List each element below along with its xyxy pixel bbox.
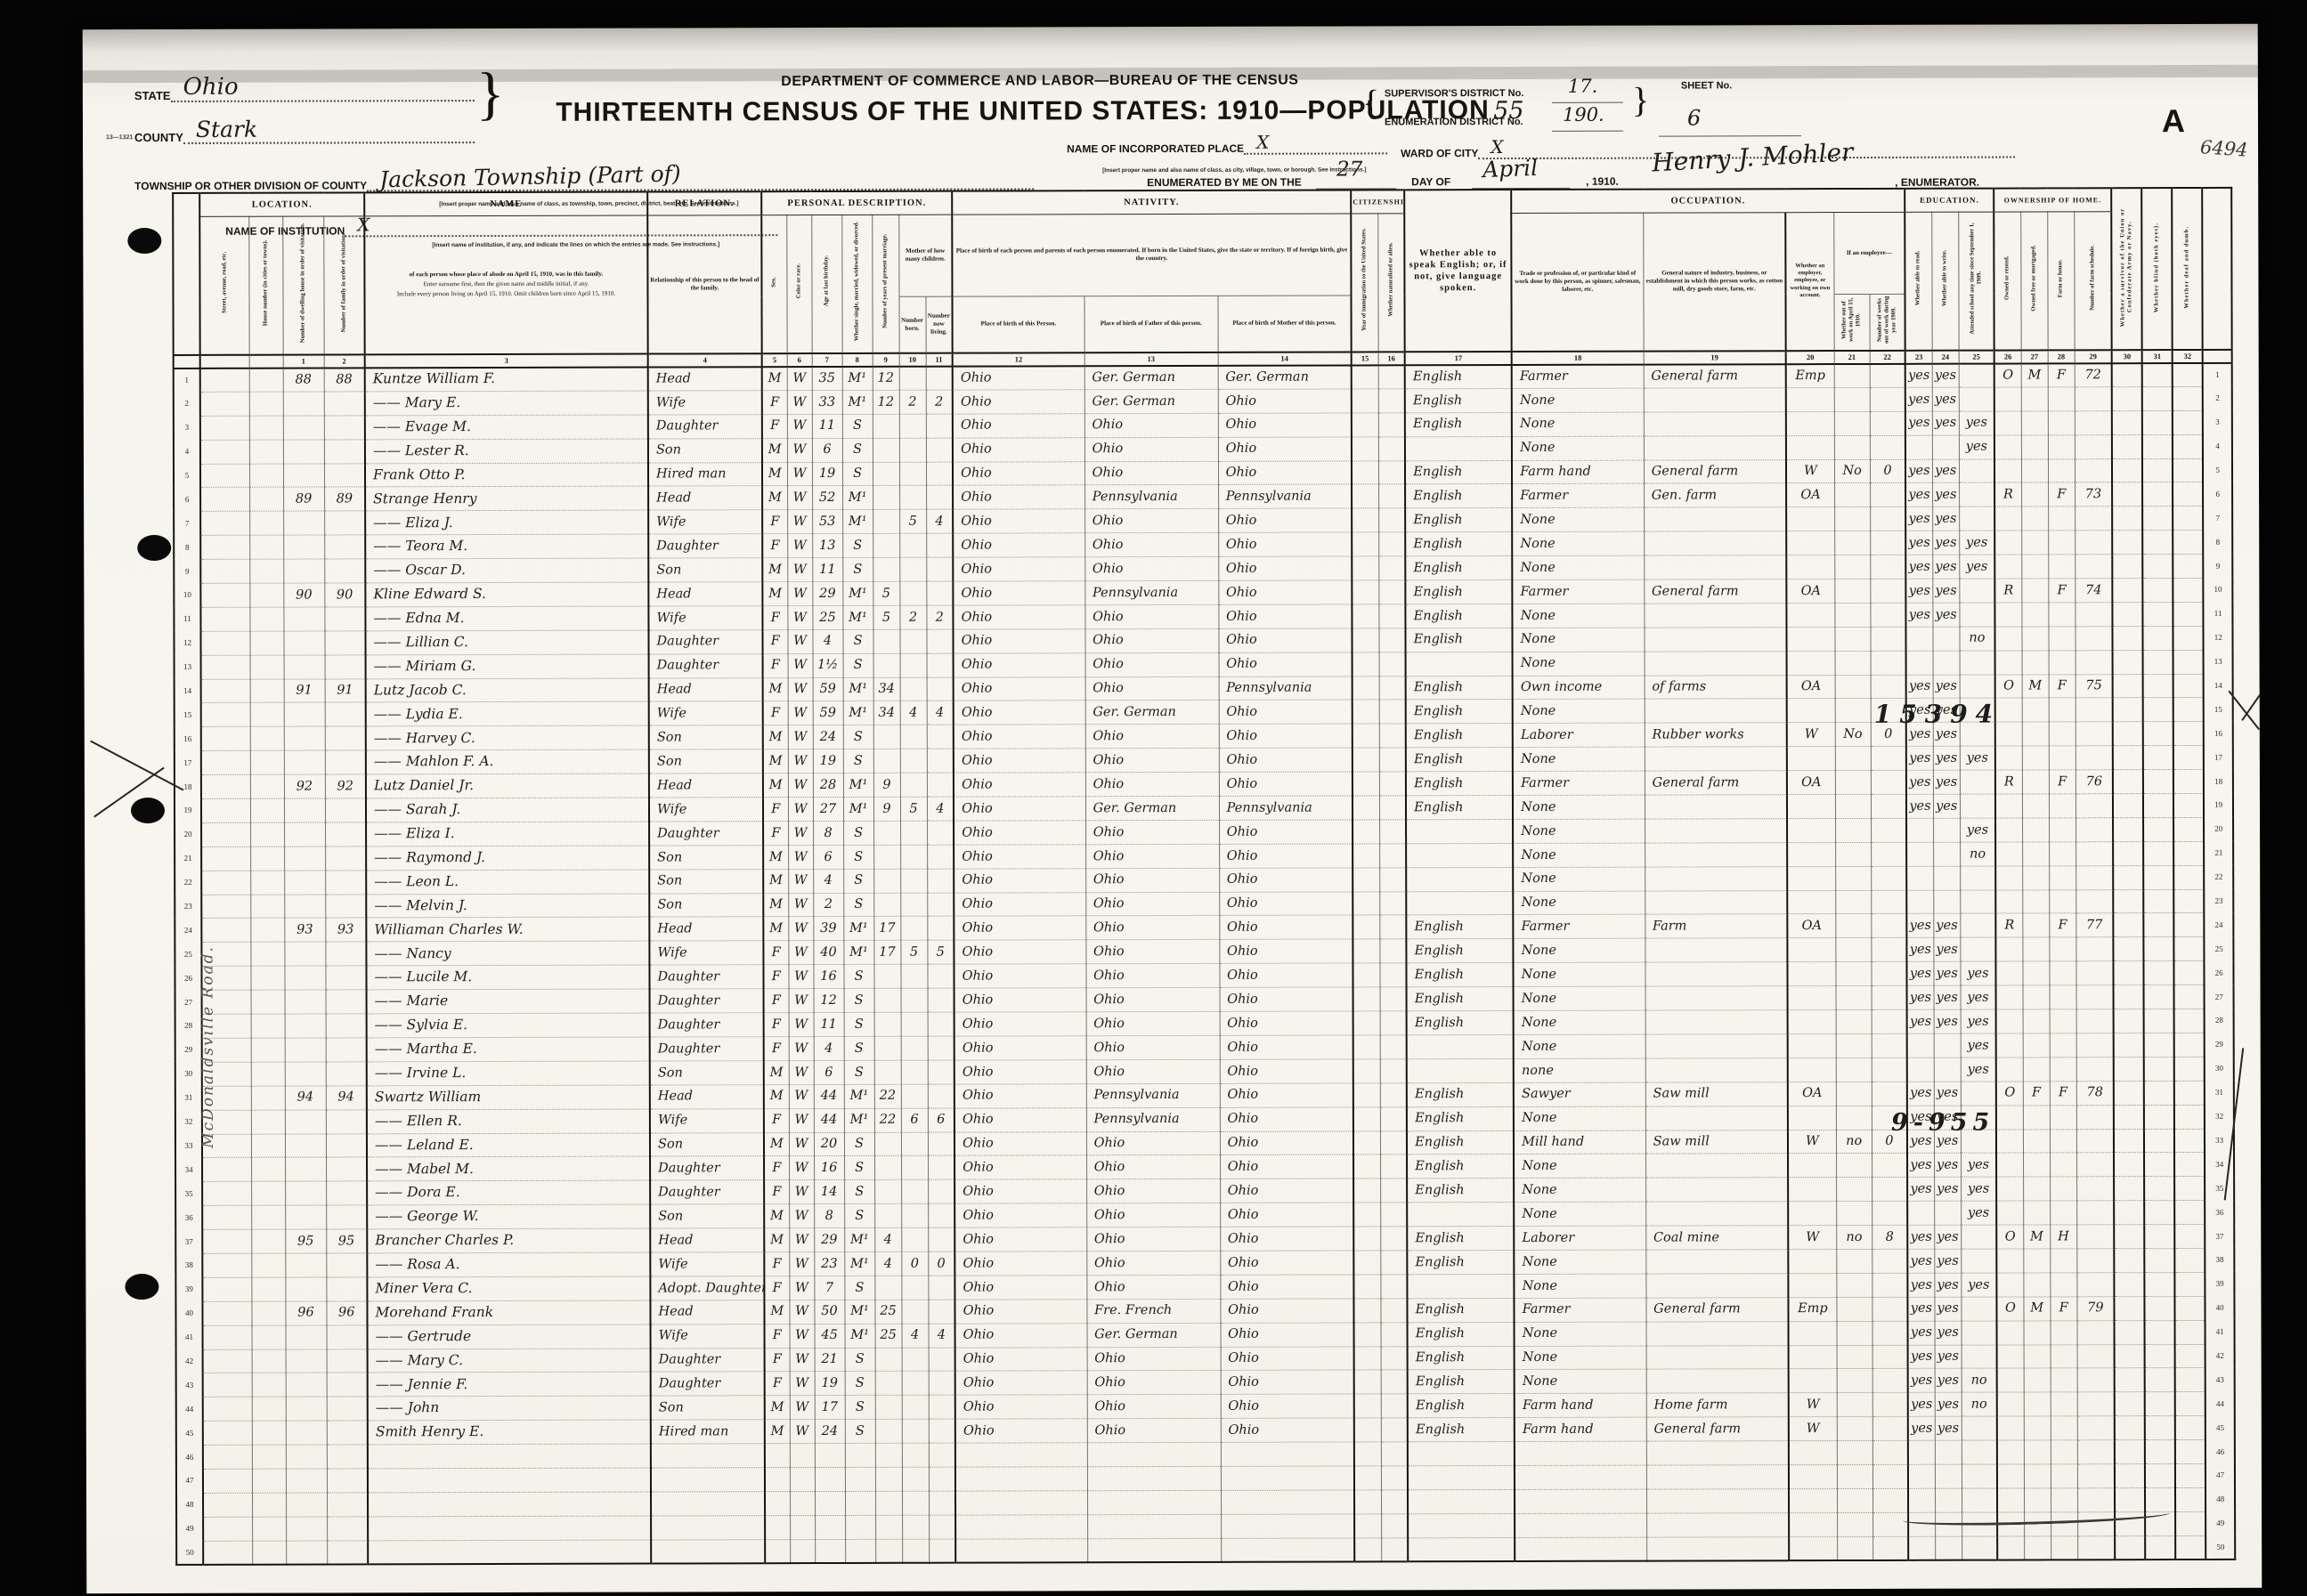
cell-mpob: Ohio: [1219, 628, 1353, 652]
cell-free: [2021, 506, 2048, 531]
cell-eng: [1408, 1442, 1515, 1466]
cell-blind: [2144, 985, 2174, 1009]
cell-relation: Son: [649, 846, 763, 870]
cell-sched: [2076, 1249, 2114, 1273]
cell-free: [2022, 890, 2049, 914]
cell-sched: [2077, 1535, 2115, 1560]
cell-school: [1962, 1297, 1997, 1321]
cell-sched: [2075, 722, 2113, 746]
cell-mpob: Ohio: [1221, 1394, 1354, 1418]
cell-surv: [2114, 1129, 2144, 1153]
line-number-left: 26: [175, 967, 201, 991]
cell-fpob: [1087, 1490, 1221, 1514]
cell-marital: S: [842, 414, 873, 438]
cell-fpob: Ohio: [1086, 1275, 1220, 1299]
cell-occ: None: [1514, 1202, 1645, 1226]
cell-eng: English: [1407, 1179, 1514, 1203]
cell-blind: [2142, 434, 2173, 458]
cell-emp: [1787, 842, 1835, 866]
supervisor-district-label: SUPERVISOR'S DISTRICT No.: [1385, 88, 1523, 99]
cell-name: —— Jennie F.: [368, 1372, 651, 1397]
cell-color: W: [788, 893, 813, 917]
cell-marital: S: [844, 1204, 874, 1228]
cell-name: —— Sylvia E.: [367, 1013, 650, 1038]
cell-street: [200, 440, 249, 464]
cell-living: [929, 1539, 955, 1563]
cell-surv: [2113, 650, 2143, 674]
cell-street: [200, 488, 249, 512]
line-number-left: 27: [175, 991, 202, 1015]
cell-yrs: [874, 988, 901, 1012]
cell-blind: [2142, 482, 2173, 506]
cell-color: W: [788, 941, 813, 965]
col-number-school: 25: [1959, 350, 1994, 363]
census-title: THIRTEENTH CENSUS OF THE UNITED STATES: …: [550, 95, 1530, 128]
cell-fpob: Ohio: [1085, 916, 1219, 940]
cell-ind: [1646, 1274, 1789, 1298]
cell-write: [1935, 1464, 1962, 1488]
cell-read: yes: [1908, 1369, 1935, 1393]
cell-color: W: [787, 438, 812, 462]
cell-weeks: [1872, 985, 1907, 1009]
cell-marital: S: [844, 989, 874, 1013]
cell-sched: [2076, 1105, 2114, 1129]
cell-natz: [1381, 1537, 1408, 1561]
cell-free: [2022, 627, 2049, 651]
cell-fpob: Ohio: [1085, 725, 1219, 749]
cell-yrs: [873, 486, 899, 510]
cell-sex: F: [764, 1180, 789, 1204]
col-header-survivor: Whether a survivor of the Union or Confe…: [2111, 188, 2141, 350]
cell-ind: General farm: [1644, 364, 1786, 388]
cell-write: yes: [1934, 961, 1961, 985]
cell-own: [1995, 746, 2022, 770]
cell-yrs: [874, 1060, 901, 1084]
cell-ind: [1645, 819, 1787, 843]
col-number-relation: 4: [648, 353, 762, 367]
cell-fh: [2050, 1105, 2076, 1129]
cell-relation: Head: [649, 774, 763, 798]
cell-natz: [1379, 868, 1406, 892]
line-number-left: 11: [174, 607, 200, 631]
cell-write: yes: [1934, 1249, 1961, 1273]
cell-imm: [1353, 1130, 1380, 1154]
cell-school: yes: [1960, 746, 1995, 770]
cell-color: W: [788, 845, 813, 869]
cell-surv: [2114, 1033, 2144, 1057]
cell-family: 95: [326, 1229, 367, 1253]
cell-age: 19: [812, 462, 842, 486]
line-number-right: 4: [2203, 434, 2232, 458]
cell-eng: English: [1408, 1394, 1515, 1418]
line-number-right: 46: [2205, 1439, 2235, 1463]
cell-read: yes: [1908, 1416, 1935, 1440]
cell-mpob: Ohio: [1220, 1203, 1353, 1227]
cell-color: W: [787, 558, 812, 582]
cell-work: [1835, 890, 1871, 914]
cell-eng: [1408, 1513, 1515, 1537]
enumerated-year: , 1910.: [1586, 175, 1619, 188]
cell-weeks: [1872, 1154, 1907, 1178]
cell-relation: Daughter: [650, 1013, 764, 1037]
cell-imm: [1353, 939, 1380, 963]
cell-fh: [2051, 1392, 2077, 1416]
township-label: TOWNSHIP OR OTHER DIVISION OF COUNTY: [134, 179, 367, 192]
cell-pob: Ohio: [954, 1203, 1086, 1227]
cell-deaf: [2175, 1535, 2205, 1560]
cell-ind: General farm: [1646, 1417, 1789, 1441]
col-number-free: 27: [2021, 350, 2048, 363]
cell-mpob: Ohio: [1220, 939, 1353, 963]
cell-imm: [1354, 1466, 1381, 1490]
cell-dwelling: [286, 1469, 327, 1493]
cell-marital: [845, 1539, 875, 1563]
cell-dwelling: [285, 1038, 326, 1062]
cell-natz: [1380, 1035, 1407, 1059]
cell-fpob: Pennsylvania: [1086, 1083, 1220, 1107]
cell-name: Kuntze William F.: [365, 367, 648, 392]
cell-name: —— Melvin J.: [366, 894, 649, 919]
cell-fh: [2048, 435, 2075, 459]
cell-sex: F: [763, 653, 788, 677]
cell-street: [200, 607, 249, 631]
cell-ind: [1645, 699, 1787, 723]
cell-surv: [2112, 410, 2142, 434]
cell-ind: [1645, 866, 1787, 890]
cell-living: [927, 653, 954, 677]
cell-dwelling: [284, 871, 325, 895]
cell-dwelling: [285, 1205, 326, 1229]
cell-marital: S: [844, 1060, 874, 1084]
cell-fpob: Ohio: [1085, 773, 1219, 797]
cell-ind: [1646, 1369, 1789, 1393]
cell-write: yes: [1934, 1154, 1961, 1178]
cell-sex: F: [763, 822, 788, 846]
cell-relation: Wife: [649, 941, 763, 965]
cell-work: [1836, 1106, 1872, 1130]
cell-color: W: [787, 390, 812, 414]
cell-living: 4: [927, 701, 954, 725]
col-number-sex: 5: [762, 353, 787, 367]
cell-house: [250, 726, 284, 750]
cell-color: W: [789, 1228, 814, 1252]
cell-write: [1933, 890, 1960, 914]
cell-born: 2: [899, 605, 926, 629]
cell-fpob: [1087, 1538, 1221, 1562]
cell-fh: [2049, 627, 2075, 651]
cell-sex: M: [764, 1060, 789, 1084]
cell-work: [1836, 938, 1872, 962]
cell-sex: [765, 1468, 790, 1492]
cell-sched: [2075, 411, 2112, 435]
cell-sched: [2076, 1009, 2114, 1033]
cell-age: 20: [814, 1132, 844, 1156]
cell-mpob: Ohio: [1219, 844, 1353, 868]
cell-weeks: [1871, 747, 1906, 771]
cell-surv: [2114, 961, 2144, 985]
cell-weeks: [1870, 531, 1905, 555]
cell-emp: OA: [1788, 1082, 1836, 1106]
cell-living: [927, 917, 954, 941]
cell-yrs: 5: [873, 581, 899, 605]
cell-write: [1934, 1033, 1961, 1057]
cell-living: [929, 1395, 955, 1419]
cell-school: [1960, 603, 1995, 627]
cell-sex: F: [763, 965, 788, 989]
cell-mpob: Ohio: [1220, 1179, 1353, 1203]
cell-pob: Ohio: [954, 1107, 1086, 1131]
line-number-left: 9: [174, 559, 200, 583]
cell-sex: F: [764, 1276, 789, 1300]
cell-sex: F: [764, 989, 789, 1013]
cell-sex: F: [763, 798, 788, 822]
cell-work: [1834, 483, 1870, 507]
cell-own: [1997, 1416, 2024, 1440]
cell-name: —— Leland E.: [367, 1133, 650, 1158]
cell-deaf: [2173, 506, 2203, 531]
cell-relation: Daughter: [650, 989, 764, 1013]
cell-family: 96: [326, 1301, 367, 1325]
cell-color: W: [790, 1420, 815, 1444]
cell-work: No: [1834, 459, 1870, 483]
cell-sex: F: [762, 414, 787, 438]
cell-eng: English: [1408, 1322, 1515, 1346]
hole-punch: [127, 228, 161, 254]
cell-write: yes: [1933, 603, 1960, 627]
cell-street: [202, 1253, 251, 1277]
cell-name: —— Irvine L.: [367, 1061, 650, 1086]
line-number-left: 29: [175, 1038, 202, 1062]
cell-own: [1994, 506, 2021, 531]
cell-school: [1960, 866, 1995, 890]
cell-dwelling: [284, 798, 325, 822]
ward-label: WARD OF CITY: [1401, 147, 1478, 159]
cell-deaf: [2175, 1487, 2205, 1511]
cell-emp: [1789, 1512, 1837, 1536]
cell-own: [1995, 818, 2022, 842]
cell-occ: None: [1515, 1322, 1646, 1346]
cell-surv: [2114, 1009, 2144, 1033]
col-number-house: [249, 354, 283, 368]
col-number-ind: 19: [1644, 351, 1786, 364]
cell-born: [901, 1132, 928, 1156]
cell-fh: [2049, 866, 2075, 890]
cell-emp: OA: [1787, 675, 1835, 699]
cell-occ: None: [1512, 507, 1644, 531]
cell-imm: [1353, 915, 1379, 939]
cell-imm: [1352, 484, 1378, 508]
cell-mpob: [1221, 1538, 1354, 1562]
cell-name: [368, 1540, 651, 1565]
cell-fh: [2049, 722, 2075, 746]
cell-free: [2022, 651, 2049, 675]
cell-street: [203, 1469, 252, 1493]
cell-work: [1835, 914, 1871, 938]
cell-work: [1834, 435, 1870, 459]
cell-living: 4: [929, 1324, 955, 1348]
cell-natz: [1381, 1514, 1408, 1538]
cell-mpob: Ohio: [1218, 508, 1352, 532]
cell-yrs: 12: [873, 390, 899, 414]
cell-dwelling: [285, 1181, 326, 1205]
cell-ind: [1645, 1202, 1788, 1226]
cell-deaf: [2173, 770, 2204, 794]
cell-weeks: [1872, 1249, 1907, 1273]
cell-imm: [1352, 556, 1378, 580]
cell-yrs: [875, 1491, 902, 1515]
cell-own: [1996, 1177, 2023, 1201]
cell-dwelling: 96: [285, 1301, 326, 1325]
cell-imm: [1353, 1154, 1380, 1179]
cell-read: yes: [1907, 1225, 1934, 1249]
cell-pob: Ohio: [953, 581, 1084, 605]
cell-living: 6: [928, 1108, 954, 1132]
cell-pob: Ohio: [955, 1347, 1087, 1371]
cell-eng: [1407, 1034, 1514, 1058]
cell-age: [815, 1444, 845, 1468]
cell-street: [202, 1158, 251, 1182]
cell-work: [1835, 794, 1871, 818]
cell-fpob: Ger. German: [1084, 389, 1218, 413]
cell-family: [324, 392, 365, 416]
cell-blind: [2142, 506, 2173, 531]
cell-own: [1997, 1464, 2024, 1488]
cell-yrs: [873, 965, 900, 989]
cell-ind: [1645, 890, 1787, 914]
cell-color: W: [788, 629, 813, 653]
cell-age: 35: [812, 366, 842, 390]
line-number-right: 20: [2204, 817, 2233, 841]
cell-age: 59: [813, 701, 843, 725]
cell-color: W: [788, 965, 813, 989]
cell-deaf: [2175, 1463, 2205, 1487]
cell-house: [251, 1086, 285, 1110]
cell-sched: [2076, 937, 2114, 961]
line-number-left: 25: [175, 943, 201, 967]
cell-family: [327, 1517, 368, 1541]
cell-eng: English: [1406, 700, 1513, 724]
cell-marital: S: [842, 558, 873, 582]
line-number-right: 9: [2203, 555, 2232, 579]
cell-deaf: [2175, 1511, 2205, 1535]
cell-free: [2023, 1249, 2050, 1273]
cell-deaf: [2173, 698, 2204, 722]
col-number-living: 11: [926, 352, 953, 366]
cell-living: [928, 1203, 954, 1227]
cell-relation: Wife: [648, 606, 762, 630]
col-header-relation-desc: Relationship of this person to the head …: [647, 215, 761, 353]
cell-color: W: [789, 989, 814, 1013]
cell-imm: [1353, 1035, 1380, 1059]
cell-imm: [1352, 413, 1378, 437]
cell-house: [251, 1181, 285, 1205]
cell-school: [1961, 1225, 1996, 1249]
cell-pob: Ohio: [954, 1227, 1086, 1252]
cell-fh: [2050, 1249, 2076, 1273]
cell-born: 4: [900, 701, 927, 725]
cell-mpob: Ohio: [1221, 1370, 1354, 1394]
cell-born: [899, 366, 926, 390]
line-number-left: 31: [175, 1086, 202, 1110]
line-number-right: 6: [2203, 482, 2232, 506]
cell-read: [1908, 1440, 1935, 1464]
cell-school: yes: [1961, 985, 1996, 1009]
cell-yrs: [873, 653, 900, 677]
cell-age: 53: [812, 510, 842, 534]
cell-living: [926, 414, 953, 438]
cell-work: [1834, 363, 1870, 387]
line-number-right: 23: [2204, 889, 2233, 913]
cell-write: yes: [1933, 794, 1960, 818]
cell-weeks: [1870, 483, 1905, 507]
cell-house: [251, 1158, 285, 1182]
cell-free: M: [2021, 363, 2048, 387]
cell-occ: None: [1513, 604, 1645, 628]
cell-read: yes: [1908, 1345, 1935, 1369]
cell-name: —— Lillian C.: [366, 630, 649, 655]
cell-deaf: [2173, 865, 2204, 889]
cell-fh: [2048, 387, 2075, 411]
cell-name: —— Evage M.: [365, 415, 648, 440]
cell-ind: Rubber works: [1645, 723, 1787, 747]
cell-living: 5: [927, 941, 954, 965]
cell-pob: Ohio: [953, 557, 1084, 581]
cell-born: 5: [900, 797, 927, 821]
cell-blind: [2143, 794, 2173, 818]
cell-dwelling: [283, 440, 324, 464]
cell-sex: M: [763, 677, 788, 701]
cell-fh: F: [2048, 482, 2075, 506]
cell-house: [249, 535, 283, 559]
cell-color: W: [787, 534, 812, 558]
hole-punch: [137, 535, 171, 561]
cell-weeks: [1872, 1369, 1908, 1393]
cell-read: yes: [1906, 675, 1933, 699]
cell-ind: [1645, 651, 1787, 675]
cell-surv: [2112, 434, 2142, 458]
cell-sex: M: [762, 367, 787, 391]
cell-write: [1932, 435, 1959, 459]
cell-fh: F: [2051, 1297, 2077, 1321]
cell-occ: None: [1514, 1154, 1645, 1179]
cell-marital: S: [843, 821, 873, 845]
cell-eng: English: [1405, 556, 1512, 580]
cell-fh: [2049, 818, 2075, 842]
cell-fh: F: [2049, 770, 2075, 794]
cell-own: R: [1995, 579, 2022, 603]
cell-family: [324, 463, 365, 487]
line-number-right: 40: [2205, 1296, 2235, 1320]
cell-sex: F: [762, 510, 787, 534]
cell-surv: [2115, 1416, 2145, 1440]
cell-sched: 76: [2075, 770, 2113, 794]
cell-ind: [1645, 1250, 1788, 1274]
cell-free: [2022, 866, 2049, 890]
cell-blind: [2143, 674, 2173, 698]
cell-street: [200, 583, 249, 607]
col-header-years-married: Number of years of present marriage.: [872, 215, 898, 353]
cell-read: [1906, 866, 1933, 890]
cell-own: [1994, 435, 2021, 459]
cell-name: Miner Vera C.: [367, 1276, 650, 1301]
col-header-employee-group: If an employee—: [1833, 212, 1905, 294]
cell-work: [1836, 1057, 1872, 1082]
cell-living: [928, 1084, 954, 1108]
cell-imm: [1354, 1394, 1381, 1418]
cell-pob: Ohio: [954, 845, 1085, 869]
cell-dwelling: [286, 1445, 327, 1469]
line-number-left: 23: [175, 895, 201, 919]
